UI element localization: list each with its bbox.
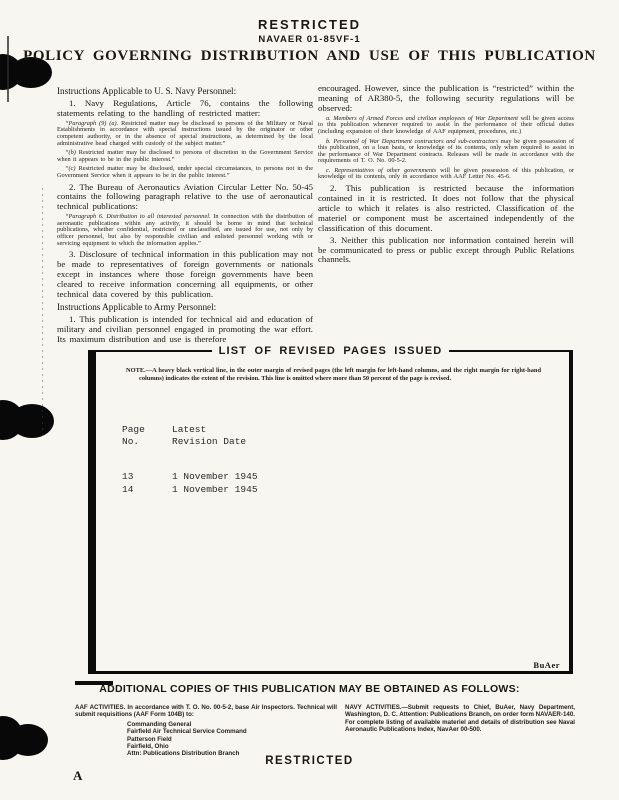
- revision-date-cell: 1 November 1945: [172, 470, 258, 483]
- right-text-column: encouraged. However, since the publicati…: [318, 84, 574, 267]
- quoted-regulation: b. Personnel of War Department contracto…: [318, 139, 574, 165]
- revision-note: NOTE.—A heavy black vertical line, in th…: [126, 367, 541, 382]
- navy-activities-block: NAVY ACTIVITIES.—Submit requests to Chie…: [345, 704, 575, 734]
- col-header-page: Page: [122, 424, 172, 436]
- aaf-activities-paragraph: AAF ACTIVITIES. In accordance with T. O.…: [75, 704, 337, 719]
- quoted-regulation: a. Members of Armed Forces and civilian …: [318, 116, 574, 136]
- col-header-no: No.: [122, 436, 172, 448]
- table-header-row: Page Latest: [122, 424, 258, 436]
- table-body: 13 1 November 1945 14 1 November 1945: [122, 470, 258, 496]
- col-header-latest: Latest: [172, 424, 206, 436]
- restricted-stamp-top: RESTRICTED: [0, 17, 619, 32]
- section-heading: Instructions Applicable to U. S. Navy Pe…: [57, 86, 313, 97]
- quote-body: Restricted matter may be disclosed, unde…: [57, 165, 313, 179]
- horizontal-rule: [449, 350, 573, 353]
- page-number-cell: 13: [122, 470, 172, 483]
- document-number: NAVAER 01-85VF-1: [0, 34, 619, 45]
- quoted-regulation: “(c) Restricted matter may be disclosed,…: [57, 166, 313, 179]
- body-paragraph: 1. This publication is intended for tech…: [57, 315, 313, 345]
- body-paragraph: encouraged. However, since the publicati…: [318, 84, 574, 114]
- quoted-regulation: “Paragraph (9) (a). Restricted matter ma…: [57, 121, 313, 147]
- revised-pages-box-header: LIST OF REVISED PAGES ISSUED: [88, 345, 573, 357]
- aaf-address-block: Commanding General Fairfield Air Technic…: [127, 721, 337, 758]
- table-row: 14 1 November 1945: [122, 483, 258, 496]
- page-header: RESTRICTED NAVAER 01-85VF-1 POLICY GOVER…: [0, 17, 619, 65]
- address-line: Fairfield, Ohio: [127, 743, 337, 750]
- revised-pages-box: LIST OF REVISED PAGES ISSUED NOTE.—A hea…: [88, 352, 573, 674]
- body-paragraph: 1. Navy Regulations, Article 76, contain…: [57, 99, 313, 119]
- body-paragraph: 3. Neither this publication nor informat…: [318, 236, 574, 266]
- address-line: Patterson Field: [127, 736, 337, 743]
- revised-pages-box-title: LIST OF REVISED PAGES ISSUED: [212, 345, 450, 357]
- address-line: Fairfield Air Technical Service Command: [127, 728, 337, 735]
- page-letter: A: [73, 768, 82, 784]
- ink-blot: [8, 724, 48, 756]
- page-number-cell: 14: [122, 483, 172, 496]
- left-text-column: Instructions Applicable to U. S. Navy Pe…: [57, 84, 313, 347]
- aaf-activities-lead: AAF ACTIVITIES.: [75, 704, 125, 711]
- col-header-revision-date: Revision Date: [172, 436, 246, 448]
- quoted-regulation: “(b) Restricted matter may be disclosed …: [57, 150, 313, 163]
- section-heading: Instructions Applicable to Army Personne…: [57, 302, 313, 313]
- restricted-stamp-bottom: RESTRICTED: [0, 755, 619, 767]
- body-paragraph: 3. Disclosure of technical information i…: [57, 250, 313, 300]
- body-paragraph: 2. The Bureau of Aeronautics Aviation Ci…: [57, 183, 313, 213]
- quote-body: Restricted matter may be disclosed to pe…: [57, 149, 313, 163]
- body-paragraph: 2. This publication is restricted becaus…: [318, 184, 574, 234]
- revised-pages-table: Page Latest No. Revision Date 13 1 Novem…: [122, 424, 258, 496]
- table-header-row: No. Revision Date: [122, 436, 258, 448]
- scan-line-artifact: [42, 188, 43, 436]
- horizontal-rule: [88, 350, 212, 353]
- quoted-regulation: “Paragraph 6. Distribution to all intere…: [57, 214, 313, 247]
- revision-date-cell: 1 November 1945: [172, 483, 258, 496]
- table-header: Page Latest No. Revision Date: [122, 424, 258, 448]
- additional-copies-banner: ADDITIONAL COPIES OF THIS PUBLICATION MA…: [0, 683, 619, 695]
- navy-activities-paragraph: NAVY ACTIVITIES.—Submit requests to Chie…: [345, 704, 575, 734]
- document-page: RESTRICTED NAVAER 01-85VF-1 POLICY GOVER…: [0, 0, 619, 800]
- quoted-regulation: c. Representatives of other governments …: [318, 168, 574, 181]
- table-row: 13 1 November 1945: [122, 470, 258, 483]
- page-title: POLICY GOVERNING DISTRIBUTION AND USE OF…: [0, 48, 619, 65]
- navy-activities-lead: NAVY ACTIVITIES.: [345, 704, 402, 711]
- address-line: Commanding General: [127, 721, 337, 728]
- aaf-activities-block: AAF ACTIVITIES. In accordance with T. O.…: [75, 704, 337, 758]
- buaer-stamp: BuAer: [533, 660, 560, 670]
- ink-blot: [10, 404, 54, 438]
